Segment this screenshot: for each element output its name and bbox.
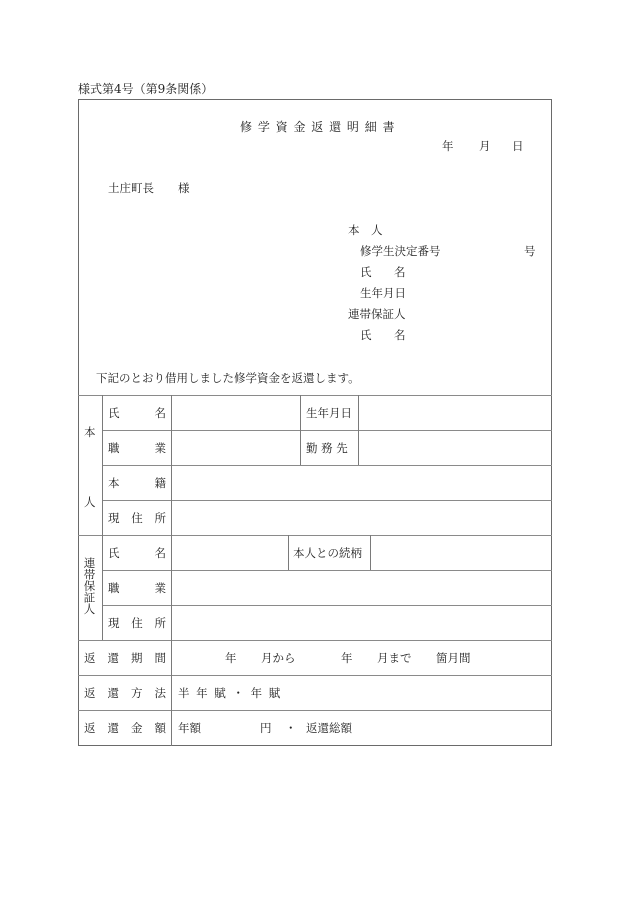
repayment-period-field[interactable]: [172, 641, 551, 675]
total-amount-label: 返還総額: [306, 720, 352, 736]
guarantor-name-field[interactable]: [172, 536, 288, 570]
self-domicile-field[interactable]: [172, 466, 551, 500]
self-occupation-field[interactable]: [172, 431, 300, 465]
date-year-label[interactable]: 年: [442, 138, 454, 154]
label-char: 現: [108, 615, 120, 631]
self-workplace-field[interactable]: [359, 431, 551, 465]
annual-amount-field[interactable]: [205, 711, 255, 745]
label-char: 名: [155, 405, 167, 421]
label-char: 還: [108, 650, 120, 666]
addressee-name: 土庄町長: [108, 180, 154, 196]
form-number: 様式第4号（第9条関係）: [78, 80, 213, 97]
label-char: 業: [155, 580, 167, 596]
guarantor-name-label-2: 名: [394, 327, 406, 343]
guarantor-name-cell-label: 氏 名: [108, 545, 166, 561]
repayment-amount-label: 返 還 金 額: [84, 720, 166, 736]
self-address-field[interactable]: [172, 501, 551, 535]
guarantor-name-label-1: 氏: [360, 327, 372, 343]
label-char: 間: [155, 650, 167, 666]
label-char: 業: [155, 440, 167, 456]
label-char: 額: [155, 720, 167, 736]
self-workplace-label: 勤 務 先: [306, 440, 348, 456]
guarantor-label: 連帯保証人: [348, 306, 406, 322]
guarantor-occupation-field[interactable]: [172, 571, 551, 605]
label-char: 金: [131, 720, 143, 736]
group-divider: [102, 395, 103, 640]
self-label: 本 人: [348, 222, 383, 238]
self-group-label-bottom: 人: [84, 494, 96, 510]
label-char: 返: [84, 685, 96, 701]
self-name-field[interactable]: [172, 396, 300, 430]
label-char: 本: [108, 475, 120, 491]
self-group-label-top: 本: [84, 424, 96, 440]
self-address-label: 現 住 所: [108, 510, 166, 526]
self-domicile-label: 本 籍: [108, 475, 166, 491]
label-char: 氏: [108, 545, 120, 561]
total-amount-field[interactable]: [355, 711, 551, 745]
separator-dot: ・: [285, 720, 297, 736]
guarantor-relation-label: 本人との続柄: [293, 545, 362, 561]
label-char: 現: [108, 510, 120, 526]
label-char: 職: [108, 580, 120, 596]
guarantor-relation-field[interactable]: [371, 536, 551, 570]
repayment-method-options[interactable]: 半 年 賦 ・ 年 賦: [178, 685, 280, 701]
label-char: 方: [131, 685, 143, 701]
self-name-label-2: 名: [394, 264, 406, 280]
label-char: 住: [131, 510, 143, 526]
label-char: 名: [155, 545, 167, 561]
col-divider: [288, 535, 289, 570]
self-name-label-1: 氏: [360, 264, 372, 280]
decision-number-suffix: 号: [524, 243, 536, 259]
label-char: 法: [155, 685, 167, 701]
label-char: 還: [108, 685, 120, 701]
self-birthdate-cell-label: 生年月日: [306, 405, 352, 421]
self-birthdate-label: 生年月日: [360, 285, 406, 301]
label-char: 職: [108, 440, 120, 456]
label-char: 所: [155, 615, 167, 631]
self-name-label: 氏 名: [108, 405, 166, 421]
self-occupation-label: 職 業: [108, 440, 166, 456]
addressee-honorific: 様: [178, 180, 190, 196]
label-char: 籍: [155, 475, 167, 491]
date-month-label[interactable]: 月: [479, 138, 491, 154]
decision-number-label: 修学生決定番号: [360, 243, 441, 259]
document-title: 修 学 資 金 返 還 明 細 書: [240, 118, 396, 135]
label-char: 返: [84, 720, 96, 736]
col-divider: [300, 395, 301, 465]
guarantor-address-field[interactable]: [172, 606, 551, 640]
label-char: 氏: [108, 405, 120, 421]
repayment-method-label: 返 還 方 法: [84, 685, 166, 701]
label-char: 返: [84, 650, 96, 666]
yen-label: 円: [260, 720, 272, 736]
label-char: 所: [155, 510, 167, 526]
label-char: 期: [131, 650, 143, 666]
annual-amount-label: 年額: [178, 720, 201, 736]
row-line: [78, 675, 552, 676]
statement: 下記のとおり借用しました修学資金を返還します。: [96, 370, 360, 386]
date-day-label[interactable]: 日: [512, 138, 524, 154]
guarantor-group-label: 連帯保証人: [83, 557, 95, 615]
repayment-period-label: 返 還 期 間: [84, 650, 166, 666]
label-char: 還: [108, 720, 120, 736]
guarantor-occupation-label: 職 業: [108, 580, 166, 596]
self-birthdate-field[interactable]: [359, 396, 551, 430]
label-char: 住: [131, 615, 143, 631]
guarantor-address-label: 現 住 所: [108, 615, 166, 631]
